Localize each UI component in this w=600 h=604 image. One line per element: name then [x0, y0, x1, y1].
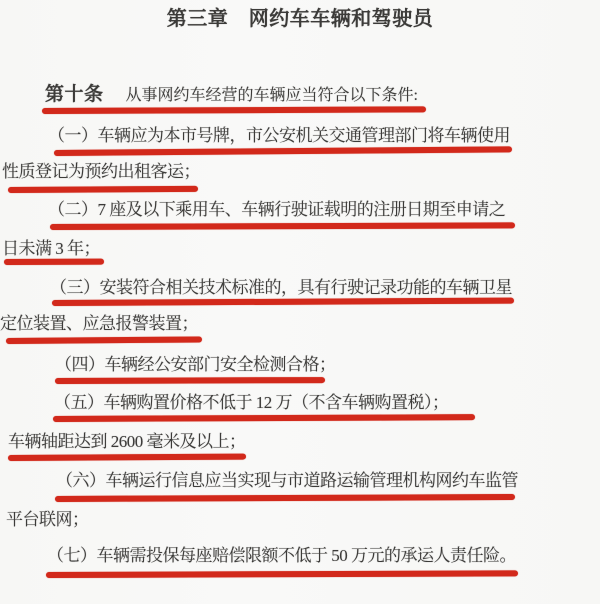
- red-underline-clause-1-line-2: [8, 186, 198, 193]
- red-underline-clause-3-line-2: [6, 336, 202, 344]
- red-underline-clause-2-line-1: [50, 222, 515, 230]
- clause-2-line-2: 日未满 3 年；: [2, 238, 100, 260]
- clause-5-line-2: 车辆轴距达到 2600 毫米及以上；: [8, 431, 246, 453]
- clause-6-line-1: （六）车辆运行信息应当实现与市道路运输管理机构网约车监管: [56, 470, 518, 492]
- clause-4-line-1: （四）车辆经公安部门安全检测合格；: [55, 354, 336, 376]
- clause-7-line-1: （七）车辆需投保每座赔偿限额不低于 50 万元的承运人责任险。: [47, 545, 516, 567]
- red-underline-clause-1-line-1: [54, 146, 512, 156]
- article-number: 第十条: [45, 84, 104, 105]
- clause-5-line-1: （五）车辆购置价格不低于 12 万（不含车辆购置税）；: [54, 392, 449, 414]
- article-heading: 第十条从事网约车经营的车辆应当符合以下条件:: [45, 84, 418, 107]
- clause-1-line-1: （一）车辆应为本市号牌，市公安机关交通管理部门将车辆使用: [48, 125, 510, 147]
- article-intro: 从事网约车经营的车辆应当符合以下条件:: [126, 87, 418, 104]
- clause-6-line-2: 平台联网；: [6, 509, 89, 531]
- red-underline-clause-6-line-1: [55, 494, 515, 502]
- clause-3-line-2: 定位装置、应急报警装置；: [0, 313, 198, 335]
- red-underline-clause-5-line-2: [8, 454, 246, 461]
- red-underline-clause-5-line-1: [53, 414, 475, 422]
- clause-3-line-1: （三）安装符合相关技术标准的，具有行驶记录功能的车辆卫星: [50, 277, 512, 299]
- red-underline-clause-4: [55, 377, 325, 384]
- clause-1-line-2: 性质登记为预约出租客运；: [2, 161, 200, 183]
- chapter-title: 第三章 网约车车辆和驾驶员: [0, 8, 600, 30]
- red-underline-article: [42, 106, 426, 114]
- red-underline-clause-7: [46, 570, 518, 578]
- clause-2-line-1: （二）7 座及以下乘用车、车辆行驶证载明的注册日期至申请之: [48, 199, 505, 221]
- document-page: 第三章 网约车车辆和驾驶员 第十条从事网约车经营的车辆应当符合以下条件: （一）…: [0, 0, 600, 604]
